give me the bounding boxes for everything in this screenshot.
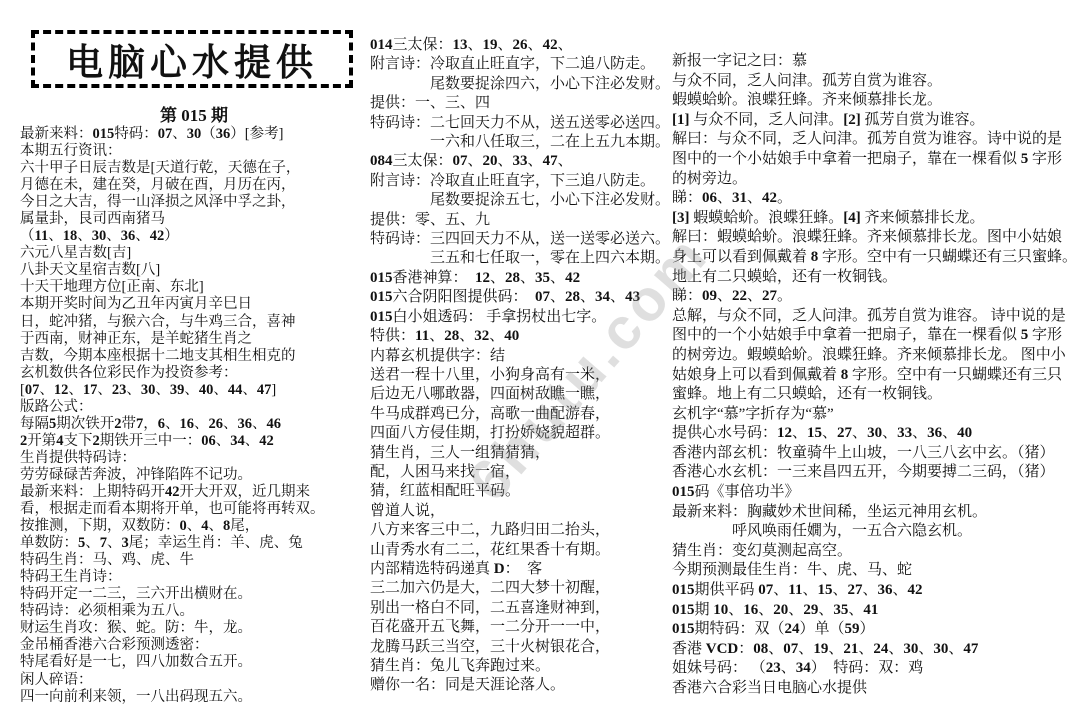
- text-line: 送君一程十八里，小狗身高有一米，: [370, 366, 665, 385]
- text-line: 山青秀水有二二，花红果香十有期。: [370, 541, 665, 560]
- text-line: 龙腾马跃三当空，三十火树银花合，: [370, 638, 665, 657]
- text-line: 最新来料：015特码：07、30（36）[参考]: [20, 126, 365, 143]
- text-line: 最新来料：上期特码开42开大开双，近几期来: [20, 484, 365, 501]
- text-line: 八卦天文星宿吉数[八]: [20, 262, 365, 279]
- text-line: 今期预测最佳生肖：牛、虎、马、蛇: [672, 561, 1072, 581]
- text-line: 附言诗：冷取直止旺直字，下二追八防走。: [370, 55, 665, 74]
- text-line: 015期 10、16、20、29、35、41: [672, 601, 1072, 621]
- text-line: 特码王生肖诗：: [20, 569, 365, 586]
- text-line: 提供：零、五、九: [370, 211, 665, 230]
- text-line: 睇：09、22、27。: [672, 287, 1072, 307]
- text-line: 特码诗：三四回天力不从，送一送零必送六。: [370, 230, 665, 249]
- text-line: 猜，红蓝相配旺平码。: [370, 482, 665, 501]
- text-line: 闲人碎语：: [20, 672, 365, 689]
- text-line: 三二加六仍是大，二四大梦十初醒，: [370, 579, 665, 598]
- text-line: 特码诗：必须相乘为五八。: [20, 603, 365, 620]
- text-line: 特码诗：二七回天力不从，送五送零必送四。: [370, 114, 665, 133]
- text-line: 本期五行资讯：: [20, 143, 365, 160]
- text-line: 配，人困马来找一宿，: [370, 463, 665, 482]
- text-line: 属量卦，艮司西南猪马: [20, 211, 365, 228]
- text-line: 姐妹号码： （23、34） 特码：双：鸡: [672, 659, 1072, 679]
- text-line: 蝦蟆蛤蚧。浪蝶狂蜂。齐来倾慕排长龙。: [672, 91, 1072, 111]
- text-line: 提供：一、三、四: [370, 94, 665, 113]
- text-line: 图中的一个小姑娘手中拿着一把扇子，靠在一棵看似 5 字形: [672, 326, 1072, 346]
- text-line: 四一向前利来领，一八出码现五六。: [20, 689, 365, 706]
- text-line: 特码生肖：马、鸡、虎、牛: [20, 552, 365, 569]
- text-line: 四面八方侵佳期，打扮娇娆貌超群。: [370, 424, 665, 443]
- text-line: 香港心水玄机：一三来昌四五开，今期要搏二三码，（猪）: [672, 463, 1072, 483]
- text-line: 014三太保：13、19、26、42、: [370, 36, 665, 55]
- text-line: 的树旁边。蝦蟆蛤蚧。浪蝶狂蜂。齐来倾慕排长龙。 图中小: [672, 346, 1072, 366]
- text-line: 015期特码：双（24）单（59）: [672, 620, 1072, 640]
- text-line: 按推测，下期，双数防：0、4、8尾，: [20, 518, 365, 535]
- text-line: 金吊桶香港六合彩预测透密：: [20, 637, 365, 654]
- text-line: 香港六合彩当日电脑心水提供: [672, 679, 1072, 699]
- text-line: 香港 VCD：08、07、19、21、24、30、30、47: [672, 640, 1072, 660]
- text-line: 猜生肖：变幻莫测起高空。: [672, 542, 1072, 562]
- text-line: 看，根据走而看本期将开单，也可能将再转双。: [20, 501, 365, 518]
- text-line: 尾数要捉涂四六，小心下注必发财。: [370, 75, 665, 94]
- text-line: 香港内部玄机：牧童骑牛上山坡，一八三八玄中玄。（猪）: [672, 444, 1072, 464]
- text-line: 特码开定一二三，三六开出横财在。: [20, 586, 365, 603]
- text-line: 财运生肖攻：猴、蛇。防：牛，龙。: [20, 620, 365, 637]
- text-line: 玄机数供各位彩民作为投资参考：: [20, 365, 365, 382]
- text-line: 图中的一个小姑娘手中拿着一把扇子，靠在一棵看似 5 字形: [672, 150, 1072, 170]
- text-line: 的树旁边。: [672, 170, 1072, 190]
- right-column: 新报一字记之曰：慕与众不同，乏人问津。孤芳自赏为谁容。蝦蟆蛤蚧。浪蝶狂蜂。齐来倾…: [672, 52, 1072, 699]
- text-line: 玄机字“慕”字折存为“慕”: [672, 405, 1072, 425]
- text-line: 015香港神算： 12、28、35、42: [370, 269, 665, 288]
- text-line: 015码《事倍功半》: [672, 483, 1072, 503]
- text-line: 015白小姐透码： 手拿拐杖出七字。: [370, 308, 665, 327]
- text-line: 生肖提供特码诗：: [20, 450, 365, 467]
- text-line: 曾道人说，: [370, 502, 665, 521]
- text-line: 本期开奖时间为乙丑年丙寅月辛巳日: [20, 296, 365, 313]
- issue-number: 第 015 期: [31, 101, 357, 126]
- text-line: 解曰：与众不同，乏人问津。孤芳自赏为谁容。诗中说的是: [672, 130, 1072, 150]
- text-line: 身上可以看到佩戴着 8 字形。空中有一只蝴蝶还有三只蜜蜂。: [672, 248, 1072, 268]
- text-line: 睇：06、31、42。: [672, 189, 1072, 209]
- text-line: 尾数要捉涂五七，小心下注必发财。: [370, 191, 665, 210]
- middle-column: 014三太保：13、19、26、42、附言诗：冷取直止旺直字，下二追八防走。尾数…: [370, 36, 665, 696]
- text-line: 六十甲子日辰吉数是[天道行乾，天德在子，: [20, 160, 365, 177]
- text-line: 084三太保：07、20、33、47、: [370, 152, 665, 171]
- text-line: 月德在未，建在癸，月破在酉，月历在丙，: [20, 177, 365, 194]
- text-line: 版路公式：: [20, 399, 365, 416]
- text-line: 蜜蜂。地上有二只蟆蛤，还有一枚铜钱。: [672, 385, 1072, 405]
- text-line: 每隔5期次铁开2带7，6、16、26、36、46: [20, 416, 365, 433]
- text-line: 别出一格白不同，二五喜逢财神到，: [370, 599, 665, 618]
- text-line: 地上有二只蟆蛤，还有一枚铜钱。: [672, 268, 1072, 288]
- text-line: 后边无八哪敢器，四面树敌瞧一瞧，: [370, 385, 665, 404]
- text-line: 内部精选特码递真 D： 客: [370, 560, 665, 579]
- text-line: 特供：11、28、32、40: [370, 327, 665, 346]
- text-line: 猜生肖：兔儿飞奔跑过来。: [370, 657, 665, 676]
- text-line: 总解，与众不同，乏人问津。孤芳自赏为谁容。 诗中说的是: [672, 307, 1072, 327]
- document-page: { "page": { "title": "电脑心水提供", "issue": …: [0, 0, 1080, 720]
- text-line: [3] 蝦蟆蛤蚧。浪蝶狂蜂。[4] 齐来倾慕排长龙。: [672, 209, 1072, 229]
- text-line: 三五和七任取一，零在上四六本期。: [370, 249, 665, 268]
- text-line: 十天干地理方位[正南、东北]: [20, 279, 365, 296]
- text-line: 015六合阴阳图提供码： 07、28、34、43: [370, 288, 665, 307]
- page-title: 电脑心水提供: [66, 32, 318, 86]
- text-line: 015期供平码 07、11、15、27、36、42: [672, 581, 1072, 601]
- text-line: 一六和八任取三，二在上五九本期。: [370, 133, 665, 152]
- text-line: 日，蛇冲猪，与猴六合，与牛鸡三合，喜神: [20, 314, 365, 331]
- text-line: 解曰：蝦蟆蛤蚧。浪蝶狂蜂。齐来倾慕排长龙。图中小姑娘: [672, 228, 1072, 248]
- text-line: 呼风唤雨任嫺为，一五合六隐玄机。: [672, 522, 1072, 542]
- text-line: 今日之大吉，得一山泽损之风泽中孚之卦，: [20, 194, 365, 211]
- text-line: 六元八星吉数[吉]: [20, 245, 365, 262]
- text-line: 猜生肖，三人一组猜猜猜，: [370, 444, 665, 463]
- text-line: 姑娘身上可以看到佩戴着 8 字形。空中有一只蝴蝶还有三只: [672, 366, 1072, 386]
- text-line: （11、18、30、36、42）: [20, 228, 365, 245]
- text-line: 吉数，今期本座根据十二地支其相生相克的: [20, 348, 365, 365]
- text-line: 劳劳碌碌苦奔波，冲锋陷阵不记功。: [20, 467, 365, 484]
- left-column: 最新来料：015特码：07、30（36）[参考]本期五行资讯：六十甲子日辰吉数是…: [20, 126, 365, 706]
- text-line: 提供心水号码：12、15、27、30、33、36、40: [672, 424, 1072, 444]
- text-line: 赠你一名：同是天涯论落人。: [370, 676, 665, 695]
- title-box: 电脑心水提供: [31, 30, 353, 88]
- text-line: 内幕玄机提供字：结: [370, 347, 665, 366]
- text-line: 牛马成群鸡已分，高歌一曲配游春，: [370, 405, 665, 424]
- text-line: 特尾看好是一七，四八加数合五开。: [20, 654, 365, 671]
- text-line: 2开第4支下2期铁开三中一：06、34、42: [20, 433, 365, 450]
- text-line: [07、12、17、23、30、39、40、44、47]: [20, 382, 365, 399]
- text-line: 附言诗：冷取直止旺直字，下三追八防走。: [370, 172, 665, 191]
- text-line: 八方来客三中二，九路归田二抬头，: [370, 521, 665, 540]
- text-line: 单数防：5、7、3尾；幸运生肖：羊、虎、兔: [20, 535, 365, 552]
- text-line: 于西南，财神正东，是羊蛇猪生肖之: [20, 331, 365, 348]
- text-line: 百花盛开五飞舞，一二分开一一中，: [370, 618, 665, 637]
- text-line: [1] 与众不同，乏人问津。[2] 孤芳自赏为谁容。: [672, 111, 1072, 131]
- text-line: 与众不同，乏人问津。孤芳自赏为谁容。: [672, 72, 1072, 92]
- text-line: 新报一字记之曰：慕: [672, 52, 1072, 72]
- text-line: 最新来料：胸藏妙术世间稀，坐运元神用玄机。: [672, 503, 1072, 523]
